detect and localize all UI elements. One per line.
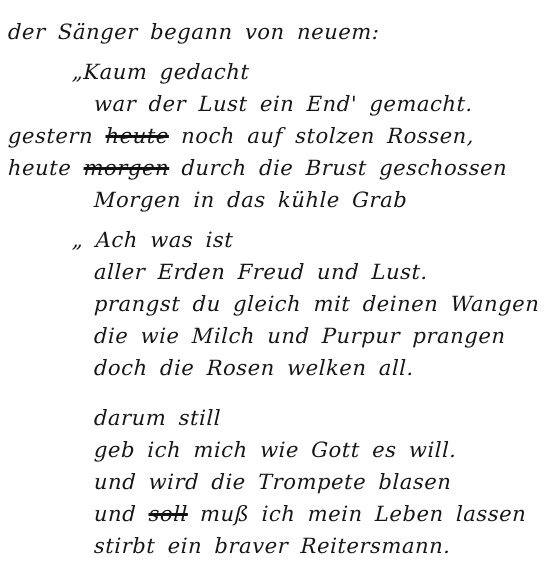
text-segment: geb ich mich wie Gott es will. bbox=[94, 438, 458, 462]
struck-word: heute bbox=[105, 124, 169, 148]
text-segment: muß ich mein Leben lassen bbox=[187, 502, 526, 526]
manuscript-line-15: und soll muß ich mein Leben lassen bbox=[0, 498, 550, 530]
manuscript-line-11: doch die Rosen welken all. bbox=[0, 352, 550, 384]
text-segment: „Kaum gedacht bbox=[72, 60, 250, 84]
manuscript-line-8: aller Erden Freud und Lust. bbox=[0, 256, 550, 288]
text-segment: darum still bbox=[94, 406, 222, 430]
text-segment: war der Lust ein End' gemacht. bbox=[94, 92, 474, 116]
manuscript-line-1: der Sänger begann von neuem: bbox=[0, 16, 550, 48]
manuscript-line-14: und wird die Trompete blasen bbox=[0, 466, 550, 498]
manuscript-line-7: „ Ach was ist bbox=[0, 224, 550, 256]
text-segment: der Sänger begann von neuem: bbox=[8, 20, 380, 44]
manuscript-line-16: stirbt ein braver Reitersmann. bbox=[0, 530, 550, 562]
text-segment: und bbox=[94, 502, 149, 526]
text-segment: „ Ach was ist bbox=[72, 228, 234, 252]
manuscript-page: der Sänger begann von neuem:„Kaum gedach… bbox=[0, 0, 550, 579]
text-segment: doch die Rosen welken all. bbox=[94, 356, 415, 380]
manuscript-line-4: gestern heute noch auf stolzen Rossen, bbox=[0, 120, 550, 152]
manuscript-line-10: die wie Milch und Purpur prangen bbox=[0, 320, 550, 352]
text-segment: aller Erden Freud und Lust. bbox=[94, 260, 429, 284]
manuscript-line-5: heute morgen durch die Brust geschossen bbox=[0, 152, 550, 184]
text-segment: die wie Milch und Purpur prangen bbox=[94, 324, 506, 348]
text-segment: noch auf stolzen Rossen, bbox=[169, 124, 475, 148]
text-segment: und wird die Trompete blasen bbox=[94, 470, 452, 494]
text-segment: prangst du gleich mit deinen Wangen bbox=[94, 292, 540, 316]
struck-word: morgen bbox=[83, 156, 169, 180]
manuscript-line-9: prangst du gleich mit deinen Wangen bbox=[0, 288, 550, 320]
manuscript-line-6: Morgen in das kühle Grab bbox=[0, 184, 550, 216]
text-segment: stirbt ein braver Reitersmann. bbox=[94, 534, 452, 558]
manuscript-line-13: geb ich mich wie Gott es will. bbox=[0, 434, 550, 466]
manuscript-line-3: war der Lust ein End' gemacht. bbox=[0, 88, 550, 120]
manuscript-line-2: „Kaum gedacht bbox=[0, 56, 550, 88]
text-segment: durch die Brust geschossen bbox=[169, 156, 508, 180]
text-segment: gestern bbox=[8, 124, 106, 148]
struck-word: soll bbox=[148, 502, 188, 526]
manuscript-text: der Sänger begann von neuem:„Kaum gedach… bbox=[0, 0, 550, 562]
manuscript-line-12: darum still bbox=[0, 402, 550, 434]
text-segment: heute bbox=[8, 156, 84, 180]
text-segment: Morgen in das kühle Grab bbox=[94, 188, 408, 212]
